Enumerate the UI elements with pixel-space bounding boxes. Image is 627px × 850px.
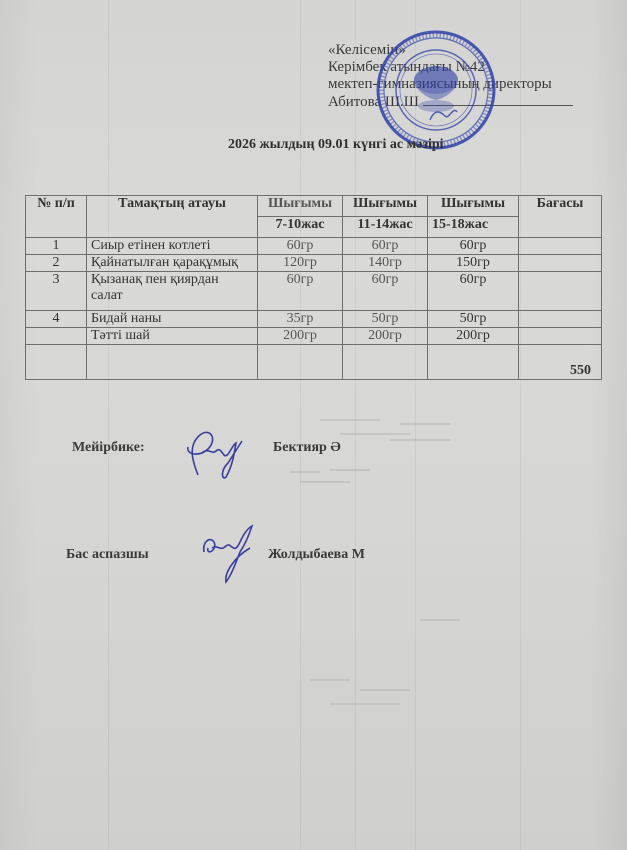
official-round-seal-icon (375, 28, 497, 152)
total-row: 550 (26, 345, 602, 380)
yield-7-10: 60гр (258, 238, 343, 255)
yield-7-10: 60гр (258, 272, 343, 311)
yield-11-14: 140гр (343, 255, 428, 272)
header-yield-2: Шығымы (343, 196, 428, 217)
yield-11-14: 200гр (343, 328, 428, 345)
signature-role-chef: Бас аспазшы (66, 547, 149, 563)
row-number: 1 (26, 238, 87, 255)
dish-name: Қайнатылған қарақұмық (87, 255, 258, 272)
header-yield-3: Шығымы (428, 196, 519, 217)
age-group-11-14: 11-14жас (343, 217, 428, 238)
dish-name: Бидай наны (87, 311, 258, 328)
price (519, 311, 602, 328)
row-number: 3 (26, 272, 87, 311)
header-dish-name: Тамақтың атауы (87, 196, 258, 238)
age-group-15-18: 15-18жас (428, 217, 519, 238)
signature-role-nurse: Мейірбике: (72, 440, 145, 456)
table-row: 3 Қызанақ пен қиярдан салат 60гр 60гр 60… (26, 272, 602, 311)
row-number: 4 (26, 311, 87, 328)
yield-11-14: 60гр (343, 272, 428, 311)
menu-table: № п/п Тамақтың атауы Шығымы Шығымы Шығым… (25, 195, 602, 380)
header-number: № п/п (26, 196, 87, 238)
yield-7-10: 200гр (258, 328, 343, 345)
yield-15-18: 60гр (428, 272, 519, 311)
table-row: 1 Сиыр етінен котлеті 60гр 60гр 60гр (26, 238, 602, 255)
signature-name-chef: Жолдыбаева М (268, 547, 365, 563)
yield-11-14: 60гр (343, 238, 428, 255)
table-row: 4 Бидай наны 35гр 50гр 50гр (26, 311, 602, 328)
yield-15-18: 60гр (428, 238, 519, 255)
table-header-row: № п/п Тамақтың атауы Шығымы Шығымы Шығым… (26, 196, 602, 217)
dish-name: Қызанақ пен қиярдан салат (87, 272, 258, 311)
total-price: 550 (519, 345, 602, 380)
handwritten-signature-icon (178, 425, 258, 480)
yield-7-10: 120гр (258, 255, 343, 272)
price (519, 255, 602, 272)
table-row: 2 Қайнатылған қарақұмық 120гр 140гр 150г… (26, 255, 602, 272)
dish-name: Сиыр етінен котлеті (87, 238, 258, 255)
yield-7-10: 35гр (258, 311, 343, 328)
row-number (26, 328, 87, 345)
yield-11-14: 50гр (343, 311, 428, 328)
yield-15-18: 200гр (428, 328, 519, 345)
header-yield-1: Шығымы (258, 196, 343, 217)
yield-15-18: 150гр (428, 255, 519, 272)
table-row: Тәтті шай 200гр 200гр 200гр (26, 328, 602, 345)
age-group-7-10: 7-10жас (258, 217, 343, 238)
header-price: Бағасы (519, 196, 602, 238)
handwritten-signature-icon (196, 522, 266, 584)
dish-name: Тәтті шай (87, 328, 258, 345)
ghost-bleed-marks (300, 600, 480, 720)
document-title: 2026 жылдың 09.01 күнгі ас мәзірі (228, 137, 444, 153)
ghost-bleed-marks (280, 410, 520, 530)
price (519, 272, 602, 311)
row-number: 2 (26, 255, 87, 272)
yield-15-18: 50гр (428, 311, 519, 328)
price (519, 328, 602, 345)
price (519, 238, 602, 255)
